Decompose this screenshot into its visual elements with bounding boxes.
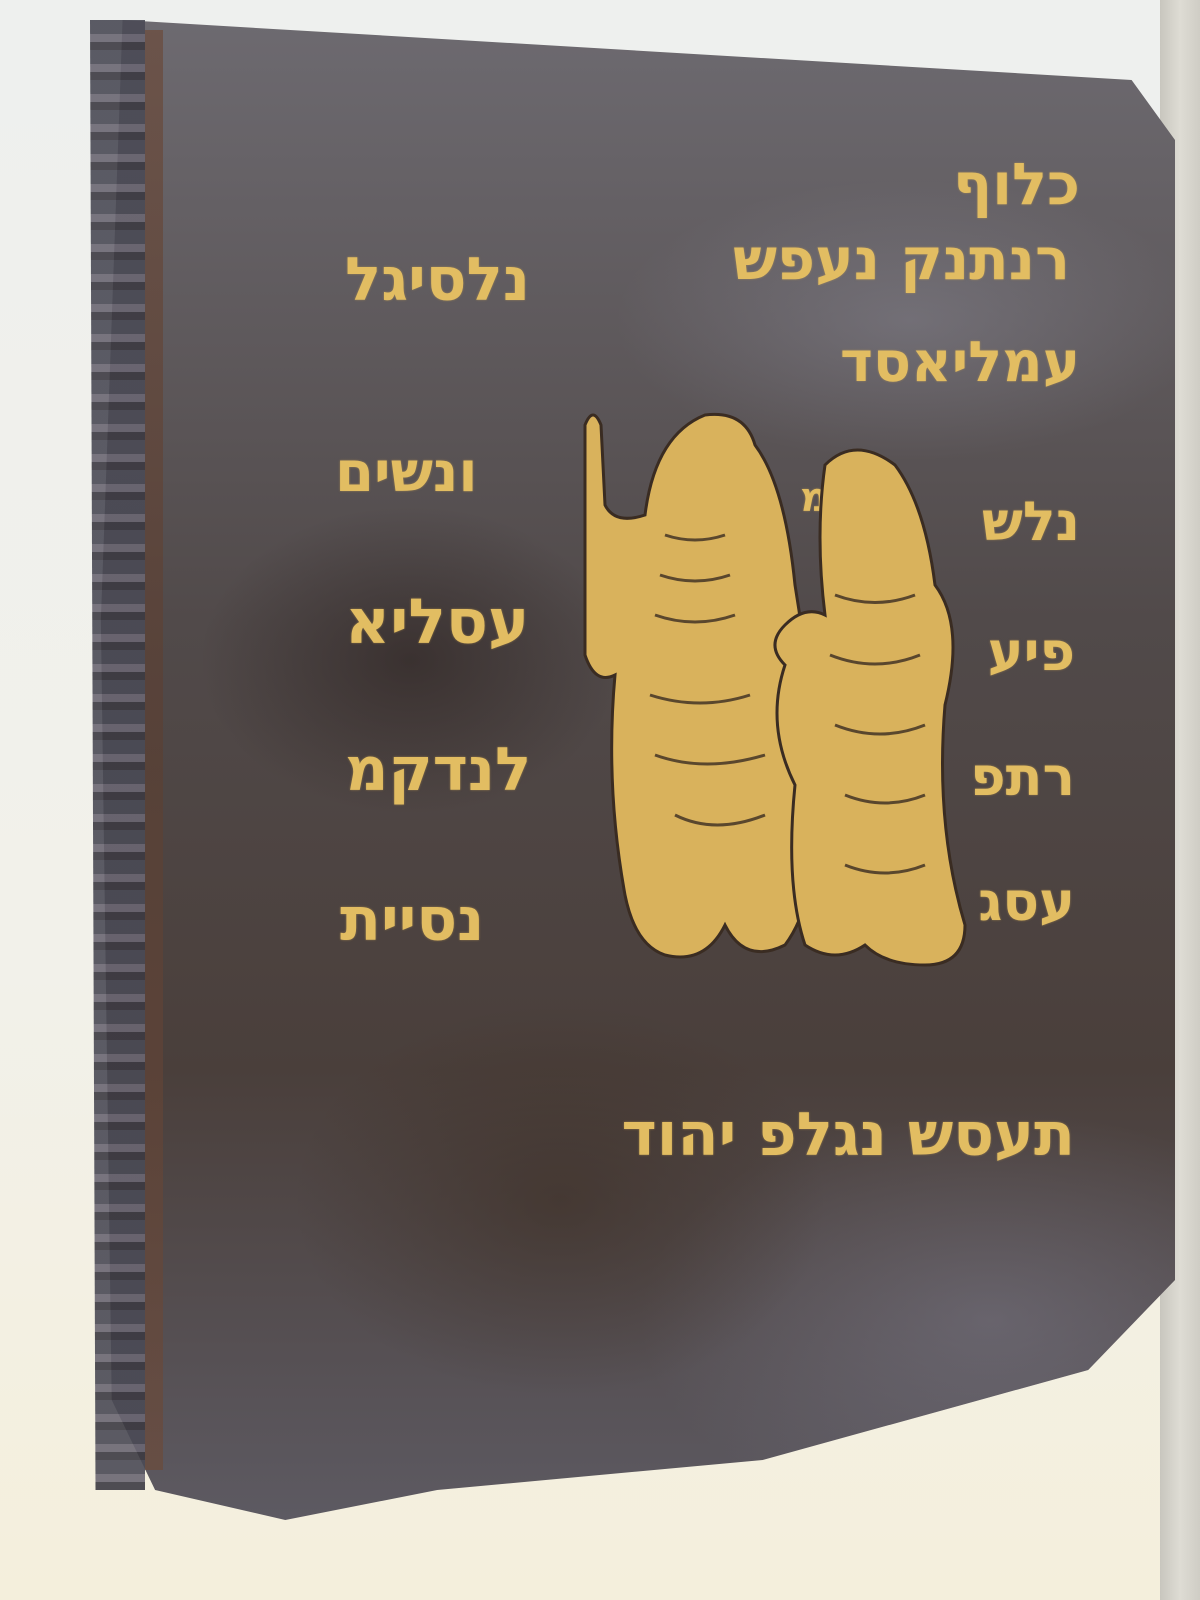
inscription-line: כלוף [953,150,1080,218]
inscription-line: נלש [982,490,1080,553]
inscription-line: לנדקמ [345,735,531,805]
robed-figures-illustration [545,395,975,1035]
inscription-line: ונשים [335,440,478,505]
inscription-line: עסג [978,870,1075,933]
inscription-line: רנתנק נעפש [733,225,1070,293]
inscription-line: תעסש נגלפ יהוד [621,1100,1075,1170]
stitched-edge [90,20,145,1490]
inscription-line: נלסיגל [345,245,530,315]
inscription-line: עסליא [345,585,529,658]
cover-border [145,30,163,1470]
inscription-line: נסיית [340,885,484,955]
inscription-line: פיע [988,620,1075,683]
right-figure-icon [775,450,965,965]
inscription-line: רתפ [970,745,1075,808]
inscription-line: עמליאסד [840,330,1080,395]
